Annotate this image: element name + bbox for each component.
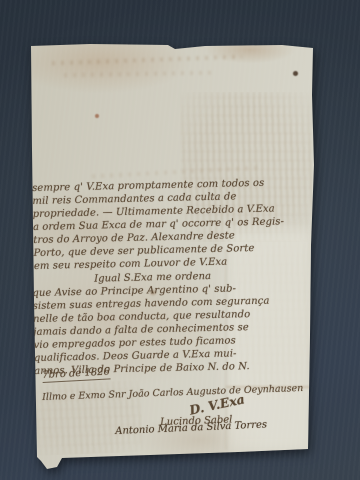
ink-spot xyxy=(293,71,298,76)
date-text: 7bro de 1826 xyxy=(42,366,110,383)
faded-writing-mark xyxy=(52,55,242,66)
date-line: 7bro de 1826 xyxy=(42,366,110,381)
faded-writing-mark xyxy=(64,71,214,78)
manuscript-page: sempre q' V.Exa promptamente com todos o… xyxy=(0,0,360,480)
manuscript-paragraph-1: sempre q' V.Exa promptamente com todos o… xyxy=(32,176,285,273)
manuscript-paragraph-2: Igual S.Exa me ordena que Avise ao Princ… xyxy=(32,269,271,378)
stain-spot xyxy=(95,114,99,118)
paper-shadow: sempre q' V.Exa promptamente com todos o… xyxy=(0,0,360,480)
photo-backdrop: sempre q' V.Exa promptamente com todos o… xyxy=(0,0,360,480)
